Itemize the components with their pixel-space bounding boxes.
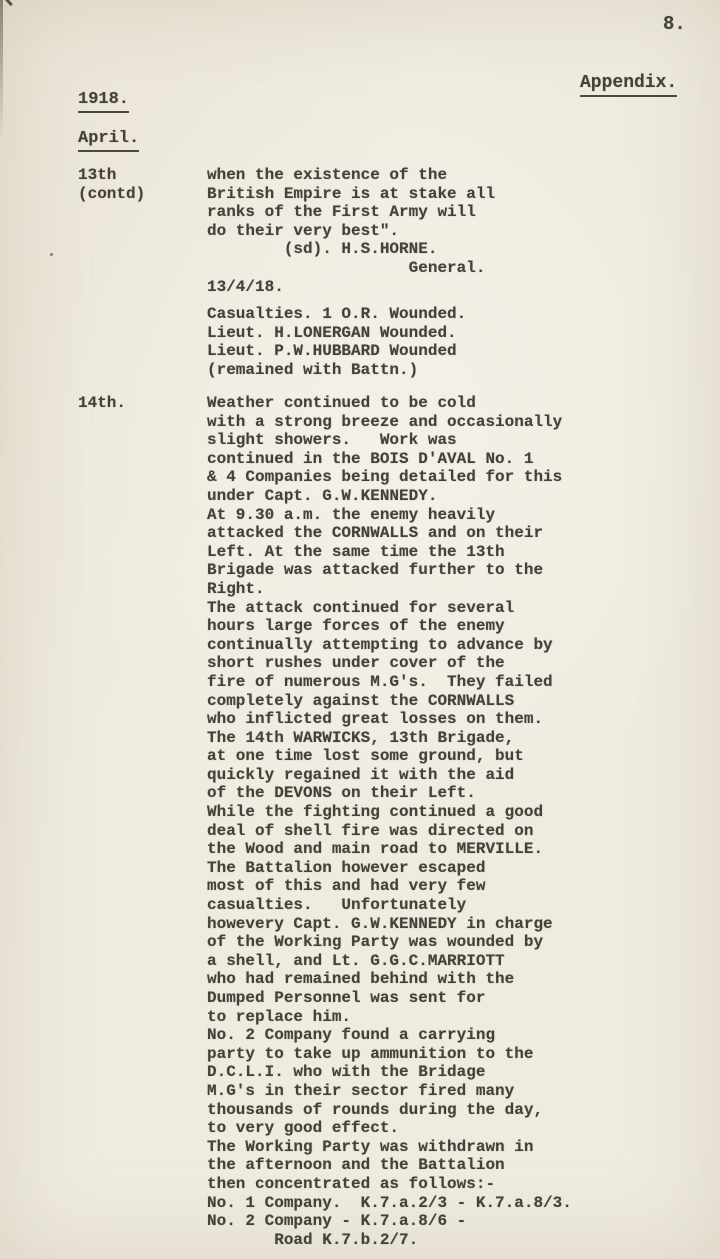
appendix-heading: Appendix. [580,73,677,97]
entry-date-label: 13th [78,166,207,185]
diary-entry-14th: 14th. Weather continued to be cold with … [78,394,572,1249]
month-heading: April. [78,128,139,152]
page-number: 8. [663,13,686,35]
entry-date-column: 13th (contd) [78,166,207,203]
entry-paragraph-order-quote: when the existence of the British Empire… [207,166,495,296]
entry-date-note: (contd) [78,185,207,204]
war-diary-page: 8. Appendix. 1918. April. 13th (contd) w… [0,0,720,1259]
appendix-heading-text: Appendix. [580,73,677,97]
month-heading-text: April. [78,128,139,152]
entry-date-label: 14th. [78,394,207,413]
entry-paragraph-narrative: Weather continued to be cold with a stro… [207,394,572,1249]
entry-body: when the existence of the British Empire… [207,166,495,380]
diary-entry-13th: 13th (contd) when the existence of the B… [78,166,495,380]
entry-body: Weather continued to be cold with a stro… [207,394,572,1249]
year-heading: 1918. [78,89,129,113]
paper-edge-shadow [0,0,3,140]
ink-speck [50,253,53,256]
entry-date-column: 14th. [78,394,207,413]
year-heading-text: 1918. [78,89,129,113]
entry-paragraph-casualties: Casualties. 1 O.R. Wounded. Lieut. H.LON… [207,305,495,379]
